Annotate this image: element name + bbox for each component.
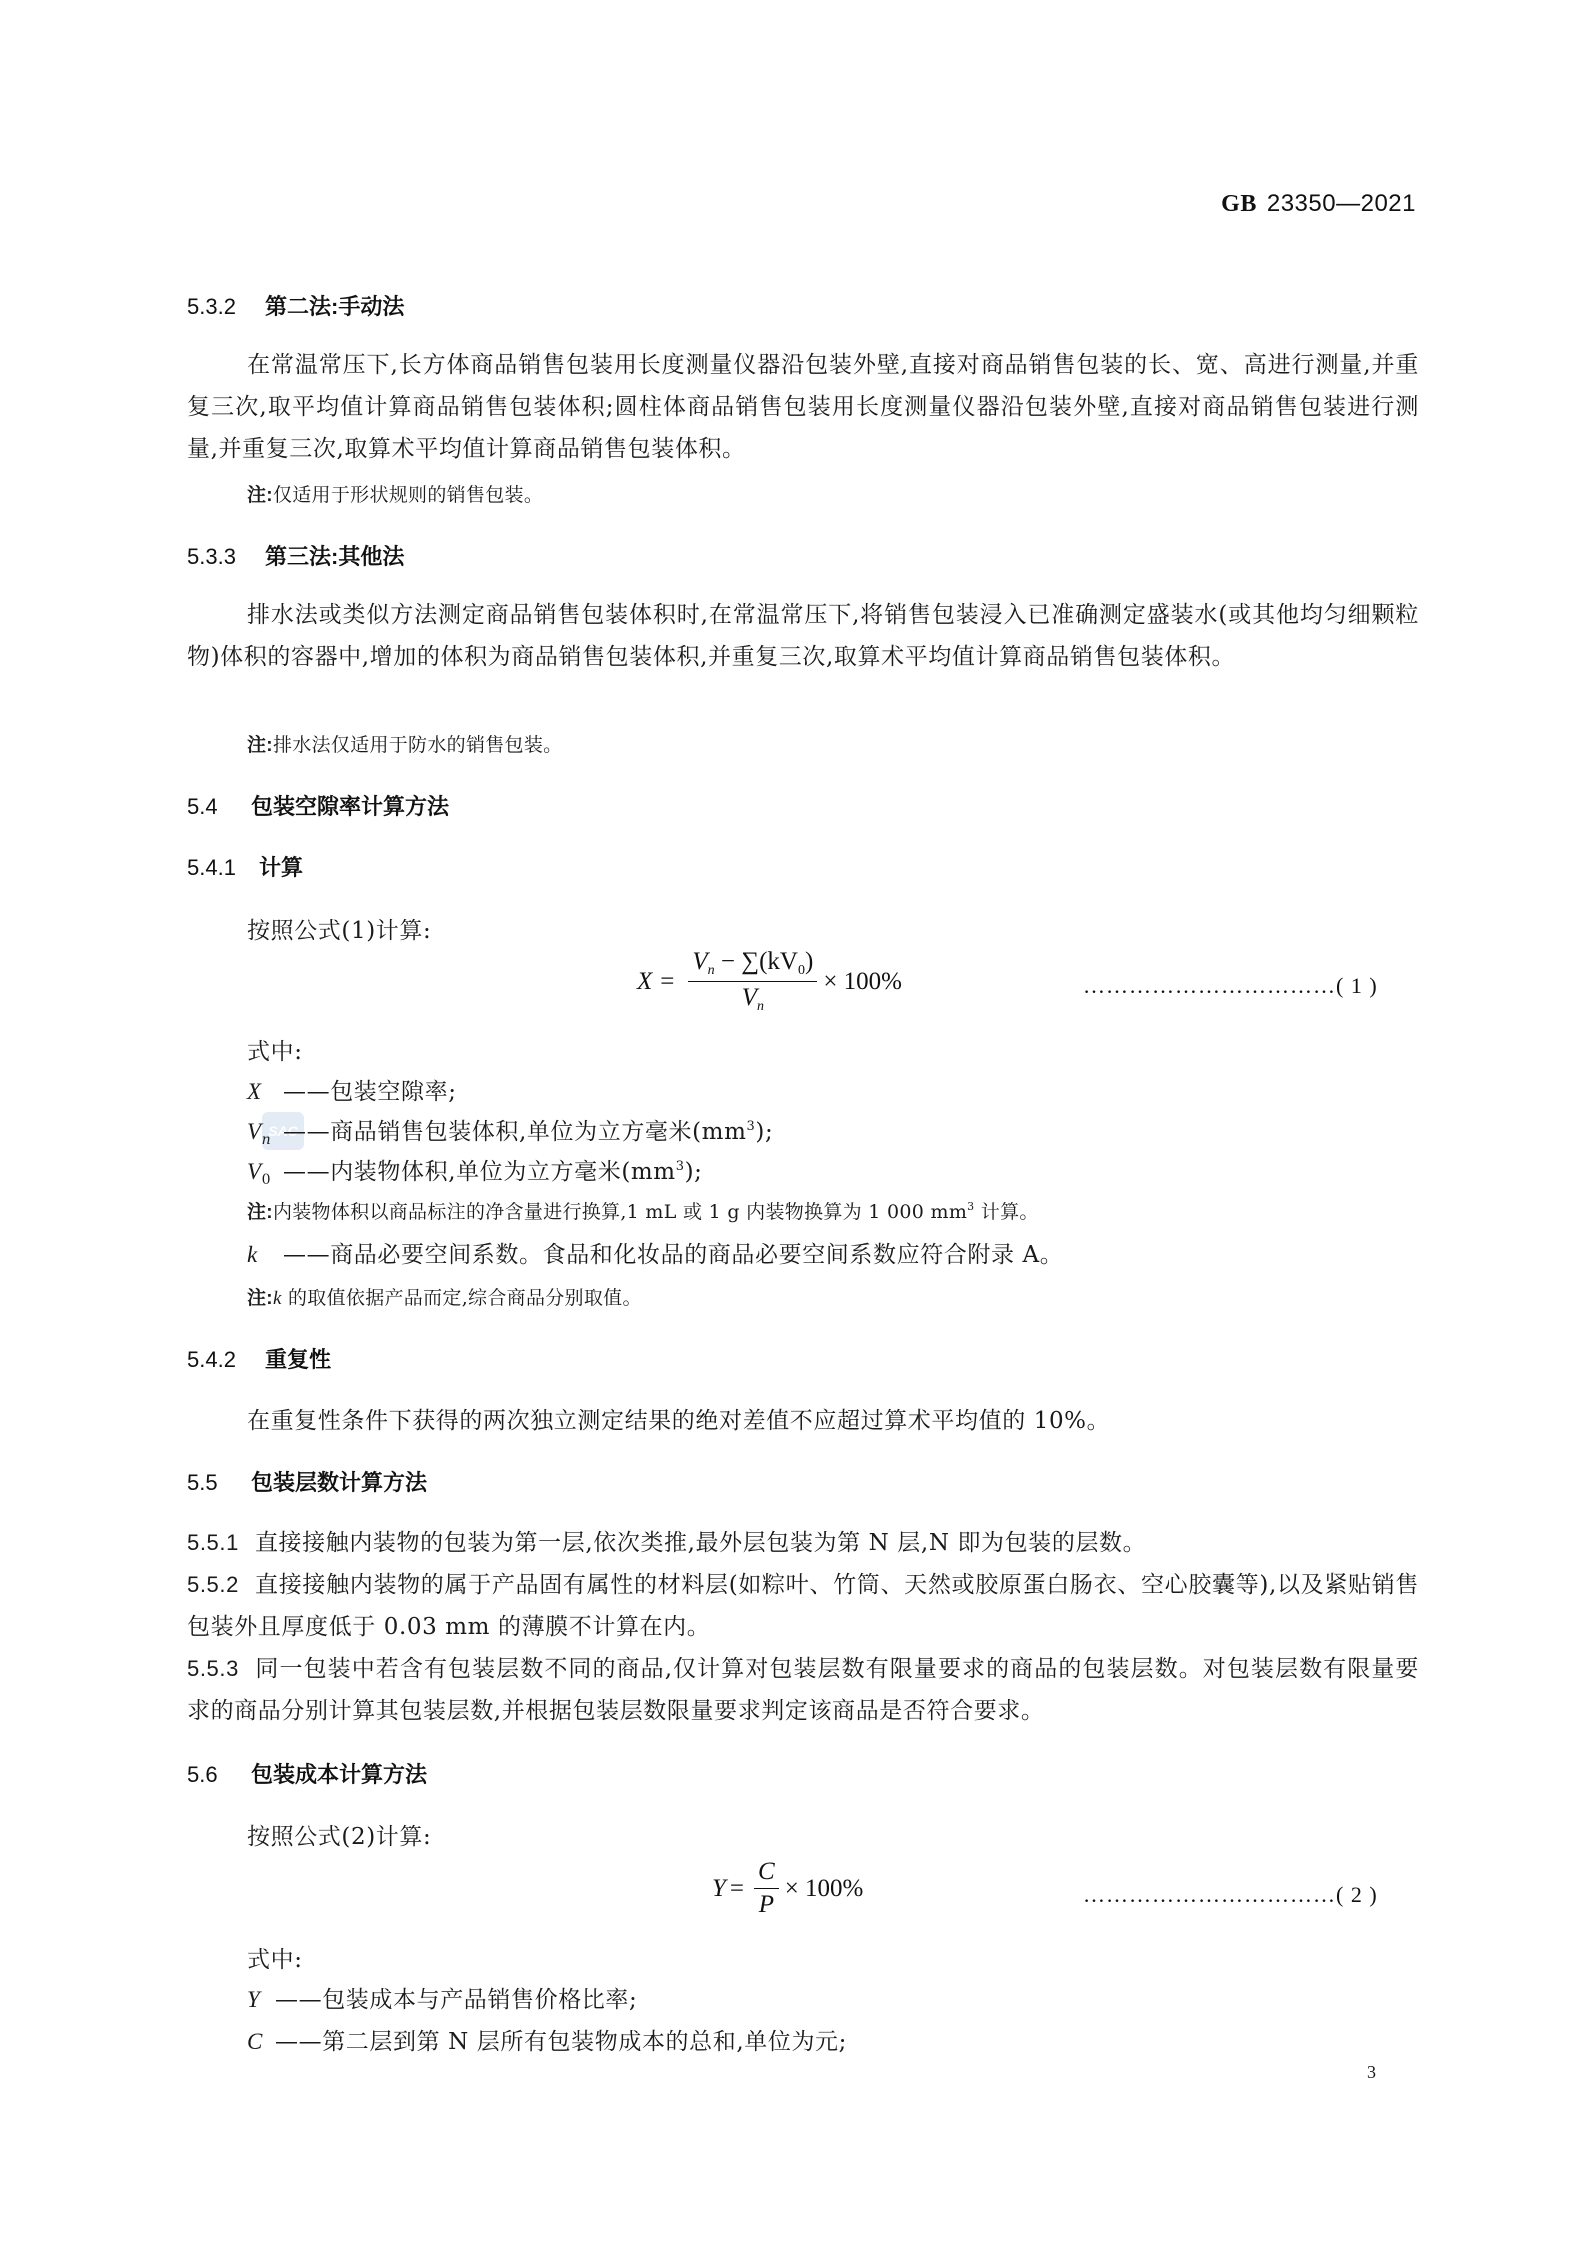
standard-number: 23350—2021 [1267, 190, 1416, 217]
standard-code: GB23350—2021 [1221, 190, 1416, 218]
heading-5-3-2: 5.3.2第二法:手动法 [187, 290, 404, 321]
def-v0: V0——内装物体积,单位为立方毫米(mm3); [247, 1153, 703, 1188]
def-x: X——包装空隙率; [247, 1073, 457, 1106]
heading-5-5: 5.5包装层数计算方法 [187, 1466, 427, 1497]
clause-5-5-1: 5.5.1直接接触内装物的包装为第一层,依次类推,最外层包装为第 N 层,N 即… [187, 1522, 1419, 1564]
formula-2-fraction: C P [754, 1858, 779, 1919]
heading-5-6: 5.6包装成本计算方法 [187, 1758, 427, 1789]
def-c: C——第二层到第 N 层所有包装物成本的总和,单位为元; [247, 2023, 847, 2056]
note-5-3-3: 注:排水法仅适用于防水的销售包装。 [247, 730, 562, 757]
formula-1-intro: 按照公式(1)计算: [247, 912, 431, 945]
formula-2: Y = C P × 100% [712, 1858, 863, 1919]
equation-number-1: ……………………………( 1 ) [1083, 973, 1378, 999]
clause-5-5-2: 5.5.2直接接触内装物的属于产品固有属性的材料层(如粽叶、竹筒、天然或胶原蛋白… [187, 1564, 1419, 1648]
equation-number-2: ……………………………( 2 ) [1083, 1882, 1378, 1908]
where-label-1: 式中: [247, 1033, 303, 1066]
page-number: 3 [1367, 2062, 1376, 2083]
heading-5-4-1: 5.4.1计算 [187, 851, 303, 882]
note-k-value: 注:k 的取值依据产品而定,综合商品分别取值。 [247, 1283, 642, 1310]
clause-5-5-3: 5.5.3同一包装中若含有包装层数不同的商品,仅计算对包装层数有限量要求的商品的… [187, 1648, 1419, 1732]
paragraph-5-3-2: 在常温常压下,长方体商品销售包装用长度测量仪器沿包装外壁,直接对商品销售包装的长… [187, 344, 1419, 470]
def-vn: Vn——商品销售包装体积,单位为立方毫米(mm3); [247, 1113, 773, 1148]
note-volume-conversion: 注:内装物体积以商品标注的净含量进行换算,1 mL 或 1 g 内装物换算为 1… [247, 1197, 1039, 1224]
formula-1: X = Vn − ∑(kV0) Vn × 100% [637, 948, 902, 1015]
def-y: Y——包装成本与产品销售价格比率; [247, 1981, 637, 2014]
def-k: k——商品必要空间系数。食品和化妆品的商品必要空间系数应符合附录 A。 [247, 1236, 1063, 1269]
heading-5-3-3: 5.3.3第三法:其他法 [187, 540, 404, 571]
note-5-3-2: 注:仅适用于形状规则的销售包装。 [247, 480, 543, 507]
heading-5-4-2: 5.4.2重复性 [187, 1343, 331, 1374]
paragraph-5-4-2: 在重复性条件下获得的两次独立测定结果的绝对差值不应超过算术平均值的 10%。 [247, 1402, 1110, 1435]
heading-5-4: 5.4包装空隙率计算方法 [187, 790, 449, 821]
formula-1-fraction: Vn − ∑(kV0) Vn [688, 948, 817, 1015]
paragraph-5-3-3: 排水法或类似方法测定商品销售包装体积时,在常温常压下,将销售包装浸入已准确测定盛… [187, 594, 1419, 678]
standard-prefix: GB [1221, 191, 1257, 217]
where-label-2: 式中: [247, 1941, 303, 1974]
formula-2-intro: 按照公式(2)计算: [247, 1818, 431, 1851]
